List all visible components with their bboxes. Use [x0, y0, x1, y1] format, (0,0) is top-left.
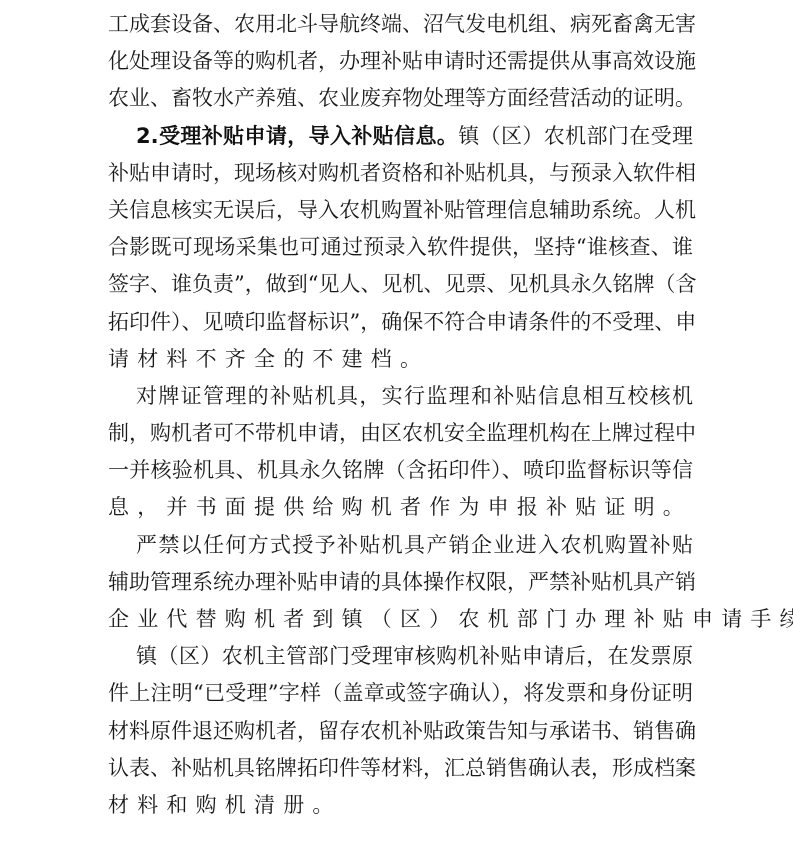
text-line: 企业代替购机者到镇（区）农机部门办理补贴申请手续。 — [108, 601, 693, 638]
text-line: 2.受理补贴申请，导入补贴信息。镇（区）农机部门在受理 — [108, 118, 693, 155]
text-line: 农业、畜牧水产养殖、农业废弃物处理等方面经营活动的证明。 — [108, 80, 693, 117]
text-line: 制，购机者可不带机申请，由区农机安全监理机构在上牌过程中 — [108, 415, 693, 452]
section-heading: 2.受理补贴申请，导入补贴信息。 — [136, 124, 458, 148]
paragraph-equipment-proof: 工成套设备、农用北斗导航终端、沼气发电机组、病死畜禽无害 化处理设备等的购机者，… — [108, 6, 693, 118]
text-line: 严禁以任何方式授予补贴机具产销企业进入农机购置补贴 — [108, 527, 693, 564]
text-segment: 镇（区）农机部门在受理 — [458, 124, 693, 148]
document-page: 工成套设备、农用北斗导航终端、沼气发电机组、病死畜禽无害 化处理设备等的购机者，… — [108, 6, 693, 824]
text-line: 镇（区）农机主管部门受理审核购机补贴申请后，在发票原 — [108, 638, 693, 675]
text-line: 材料和购机清册。 — [108, 787, 693, 824]
text-line: 请材料不齐全的不建档。 — [108, 341, 693, 378]
text-line: 认表、补贴机具铭牌拓印件等材料，汇总销售确认表，形成档案 — [108, 750, 693, 787]
text-line: 化处理设备等的购机者，办理补贴申请时还需提供从事高效设施 — [108, 43, 693, 80]
text-line: 合影既可现场采集也可通过预录入软件提供，坚持“谁核查、谁 — [108, 229, 693, 266]
text-line: 关信息核实无误后，导入农机购置补贴管理信息辅助系统。人机 — [108, 192, 693, 229]
text-line: 息，并书面提供给购机者作为申报补贴证明。 — [108, 489, 693, 526]
text-line: 拓印件）、见喷印监督标识”，确保不符合申请条件的不受理、申 — [108, 304, 693, 341]
text-line: 辅助管理系统办理补贴申请的具体操作权限，严禁补贴机具产销 — [108, 564, 693, 601]
text-line: 工成套设备、农用北斗导航终端、沼气发电机组、病死畜禽无害 — [108, 6, 693, 43]
text-line: 一并核验机具、机具永久铭牌（含拓印件）、喷印监督标识等信 — [108, 452, 693, 489]
text-line: 签字、谁负责”，做到“见人、见机、见票、见机具永久铭牌（含 — [108, 266, 693, 303]
text-line: 对牌证管理的补贴机具，实行监理和补贴信息相互校核机 — [108, 378, 693, 415]
text-line: 件上注明“已受理”字样（盖章或签字确认），将发票和身份证明 — [108, 675, 693, 712]
paragraph-license-plate-machinery: 对牌证管理的补贴机具，实行监理和补贴信息相互校核机 制，购机者可不带机申请，由区… — [108, 378, 693, 527]
text-line: 补贴申请时，现场核对购机者资格和补贴机具，与预录入软件相 — [108, 155, 693, 192]
paragraph-acceptance-review: 镇（区）农机主管部门受理审核购机补贴申请后，在发票原 件上注明“已受理”字样（盖… — [108, 638, 693, 824]
paragraph-prohibition: 严禁以任何方式授予补贴机具产销企业进入农机购置补贴 辅助管理系统办理补贴申请的具… — [108, 527, 693, 639]
text-line: 材料原件退还购机者，留存农机补贴政策告知与承诺书、销售确 — [108, 713, 693, 750]
paragraph-section-2: 2.受理补贴申请，导入补贴信息。镇（区）农机部门在受理 补贴申请时，现场核对购机… — [108, 118, 693, 378]
